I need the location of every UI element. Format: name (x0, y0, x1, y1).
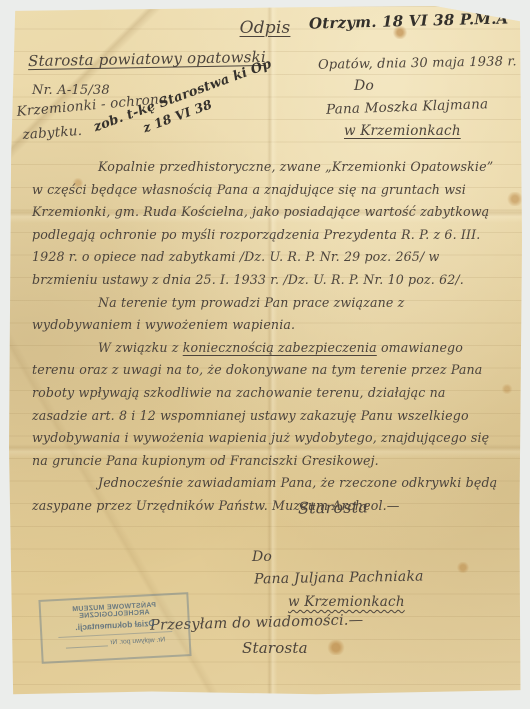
paragraph-3-rest: omawianego terenu oraz z uwagi na to, że… (32, 340, 489, 468)
paragraph-2: Na terenie tym prowadzi Pan prace związa… (32, 292, 504, 337)
forward-addressee-name: Pana Juljana Pachniaka (254, 569, 424, 588)
addressee-name: Pana Moszka Klajmana (326, 96, 489, 118)
letter-paper: Odpis Otrzym. 18 VI 38 P.M.A Starosta po… (8, 6, 522, 697)
letter-body: Kopalnie przedhistoryczne, zwane „Krzemi… (32, 156, 504, 518)
stamp-entry-number-blank (66, 638, 108, 648)
paragraph-4: Jednocześnie zawiadamiam Pana, że rzeczo… (32, 472, 504, 517)
archaeological-museum-stamp-mirrored: PAŃSTWOWE MUZEUM ARCHEOLOGICZNE Dział do… (38, 592, 191, 664)
addressee-place: w Krzemionkach (344, 123, 461, 139)
starosta-signature-2: Starosta (242, 639, 308, 657)
paragraph-1: Kopalnie przedhistoryczne, zwane „Krzemi… (32, 156, 504, 292)
sender-office-line: Starosta powiatowy opatowski (28, 48, 266, 70)
scanned-letter-photo: Odpis Otrzym. 18 VI 38 P.M.A Starosta po… (0, 0, 530, 709)
forward-addressee-place: w Krzemionkach (288, 594, 405, 610)
paragraph-3: W związku z koniecznością zabezpieczenia… (32, 337, 504, 473)
paragraph-3-underlined-phrase: koniecznością zabezpieczenia (183, 340, 377, 355)
document-kind-label: Odpis (240, 18, 291, 38)
received-annotation: Otrzym. 18 VI 38 P.M.A (308, 9, 508, 32)
stamp-entry-number-text: Nr. wpływu por. Nr (110, 636, 165, 646)
paragraph-3-lead: W związku z (98, 340, 183, 355)
place-and-date-line: Opatów, dnia 30 maja 1938 r. (318, 54, 517, 72)
forward-to-label: Do (252, 549, 272, 565)
starosta-signature: Starosta (298, 497, 368, 517)
addressee-to-label: Do (354, 78, 374, 94)
subject-line-2: zabytku. (22, 123, 83, 143)
